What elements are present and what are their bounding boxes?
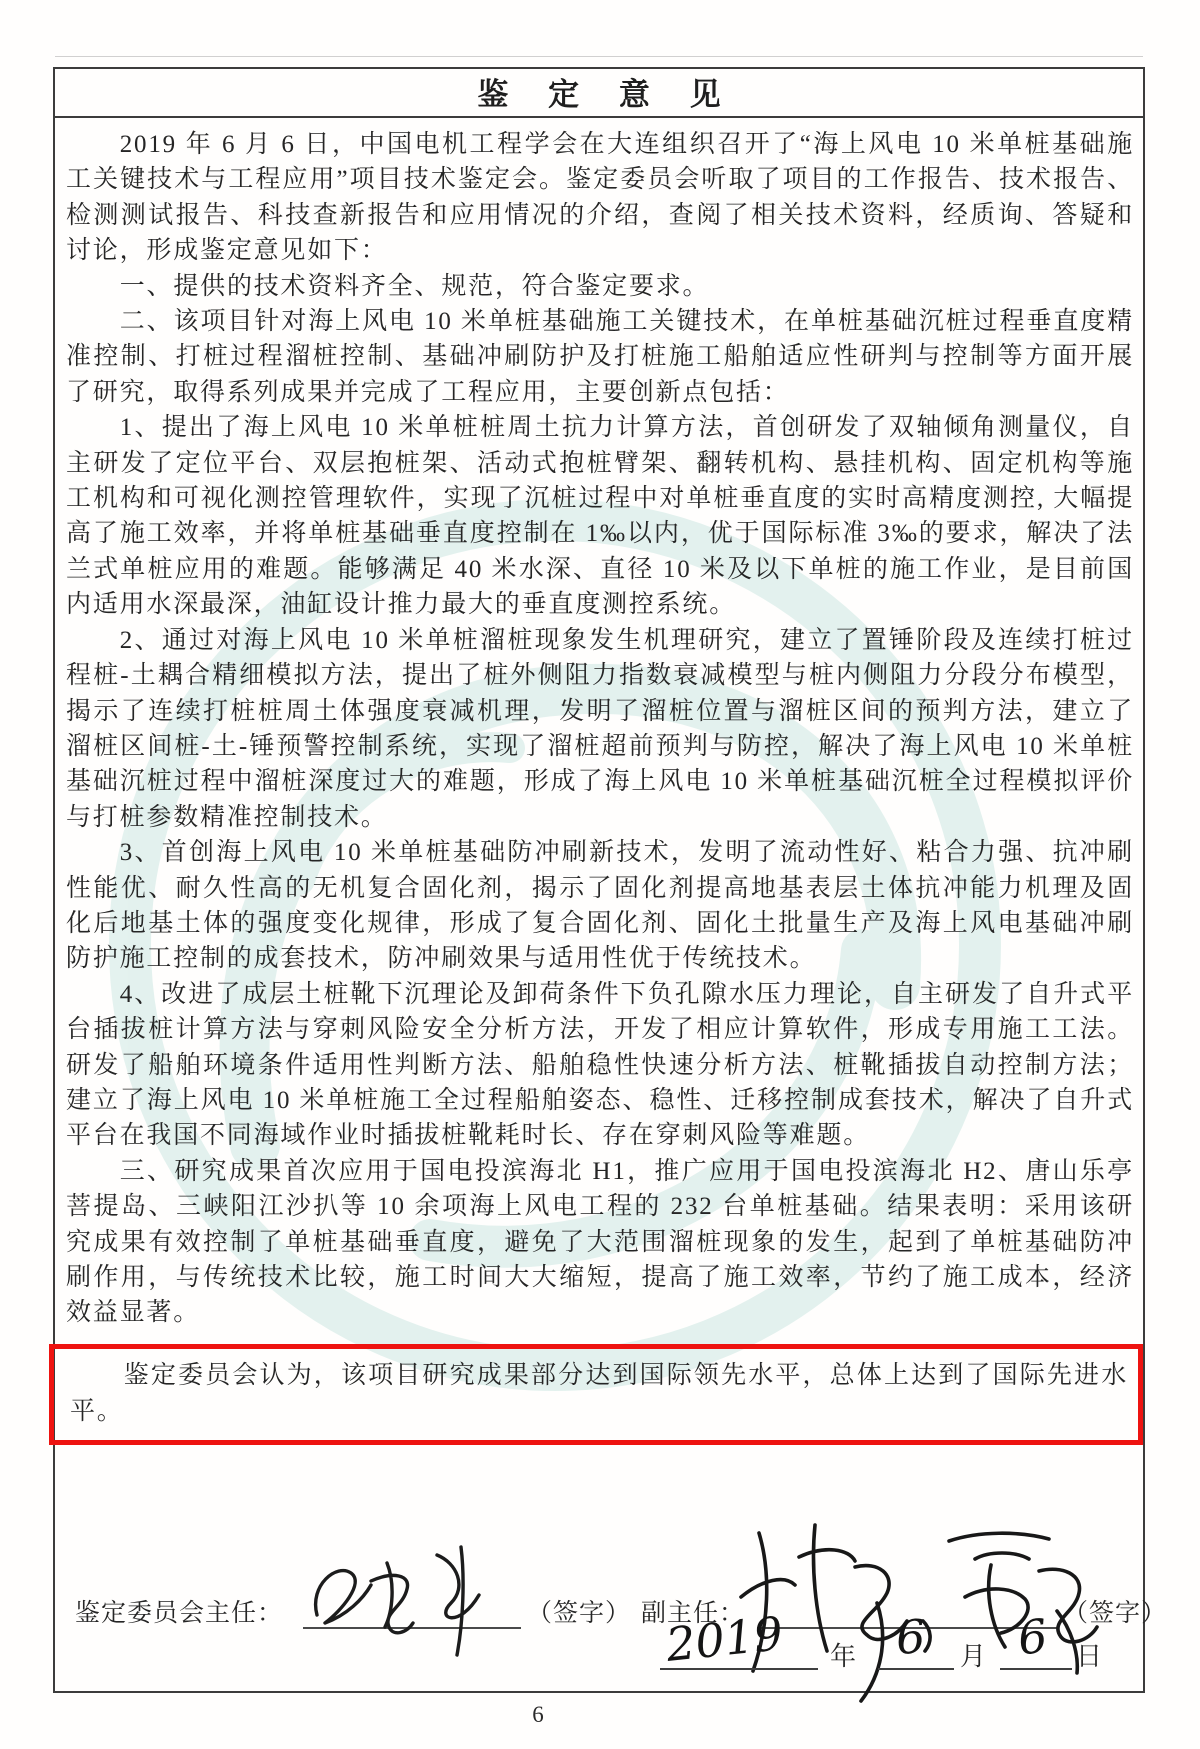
paragraph-innovation-2: 2、通过对海上风电 10 米单桩溜桩现象发生机理研究，建立了置锤阶段及连续打桩过… (66, 623, 1134, 835)
month-underline (878, 1668, 954, 1670)
chairman-signature-handwriting-icon (287, 1523, 527, 1663)
paragraph-innovation-3: 3、首创海上风电 10 米单桩基础防冲刷新技术，发明了流动性好、粘合力强、抗冲刷… (66, 835, 1134, 977)
page-number: 6 (468, 1702, 608, 1728)
chairman-label: 鉴定委员会主任： (75, 1593, 283, 1629)
day-label: 日 (1076, 1636, 1103, 1673)
conclusion-highlight-box: 鉴定委员会认为，该项目研究成果部分达到国际领先水平，总体上达到了国际先进水平。 (49, 1344, 1143, 1445)
paragraph-innovation-1: 1、提出了海上风电 10 米单桩桩周土抗力计算方法，首创研发了双轴倾角测量仪，自… (66, 410, 1134, 622)
paragraph-point-3: 三、研究成果首次应用于国电投滨海北 H1，推广应用于国电投滨海北 H2、唐山乐亭… (66, 1154, 1134, 1331)
date-row: 2019 年 6 月 6 日 (660, 1628, 1140, 1698)
year-label: 年 (830, 1636, 857, 1673)
appraisal-opinion-page: 鉴 定 意 见 2019 年 6 月 6 日，中国电机工程学会在大连组织召开了“… (0, 0, 1200, 1749)
paragraph-point-2: 二、该项目针对海上风电 10 米单桩基础施工关键技术，在单桩基础沉桩过程垂直度精… (66, 304, 1134, 410)
handwritten-year: 2019 (663, 1606, 785, 1672)
conclusion-text: 鉴定委员会认为，该项目研究成果部分达到国际领先水平，总体上达到了国际先进水平。 (70, 1358, 1128, 1430)
paragraph-innovation-4: 4、改进了成层土桩靴下沉理论及卸荷条件下负孔隙水压力理论，自主研发了自升式平台插… (66, 977, 1134, 1154)
paragraph-intro: 2019 年 6 月 6 日，中国电机工程学会在大连组织召开了“海上风电 10 … (66, 127, 1134, 269)
month-label: 月 (960, 1636, 987, 1673)
paragraph-point-1: 一、提供的技术资料齐全、规范，符合鉴定要求。 (66, 269, 1134, 304)
chairman-sign-hint: （签字） (527, 1593, 631, 1629)
handwritten-month: 6 (894, 1609, 927, 1665)
opinion-body: 2019 年 6 月 6 日，中国电机工程学会在大连组织召开了“海上风电 10 … (66, 127, 1134, 1335)
day-underline (1000, 1668, 1072, 1670)
page-title: 鉴 定 意 见 (53, 67, 1145, 118)
